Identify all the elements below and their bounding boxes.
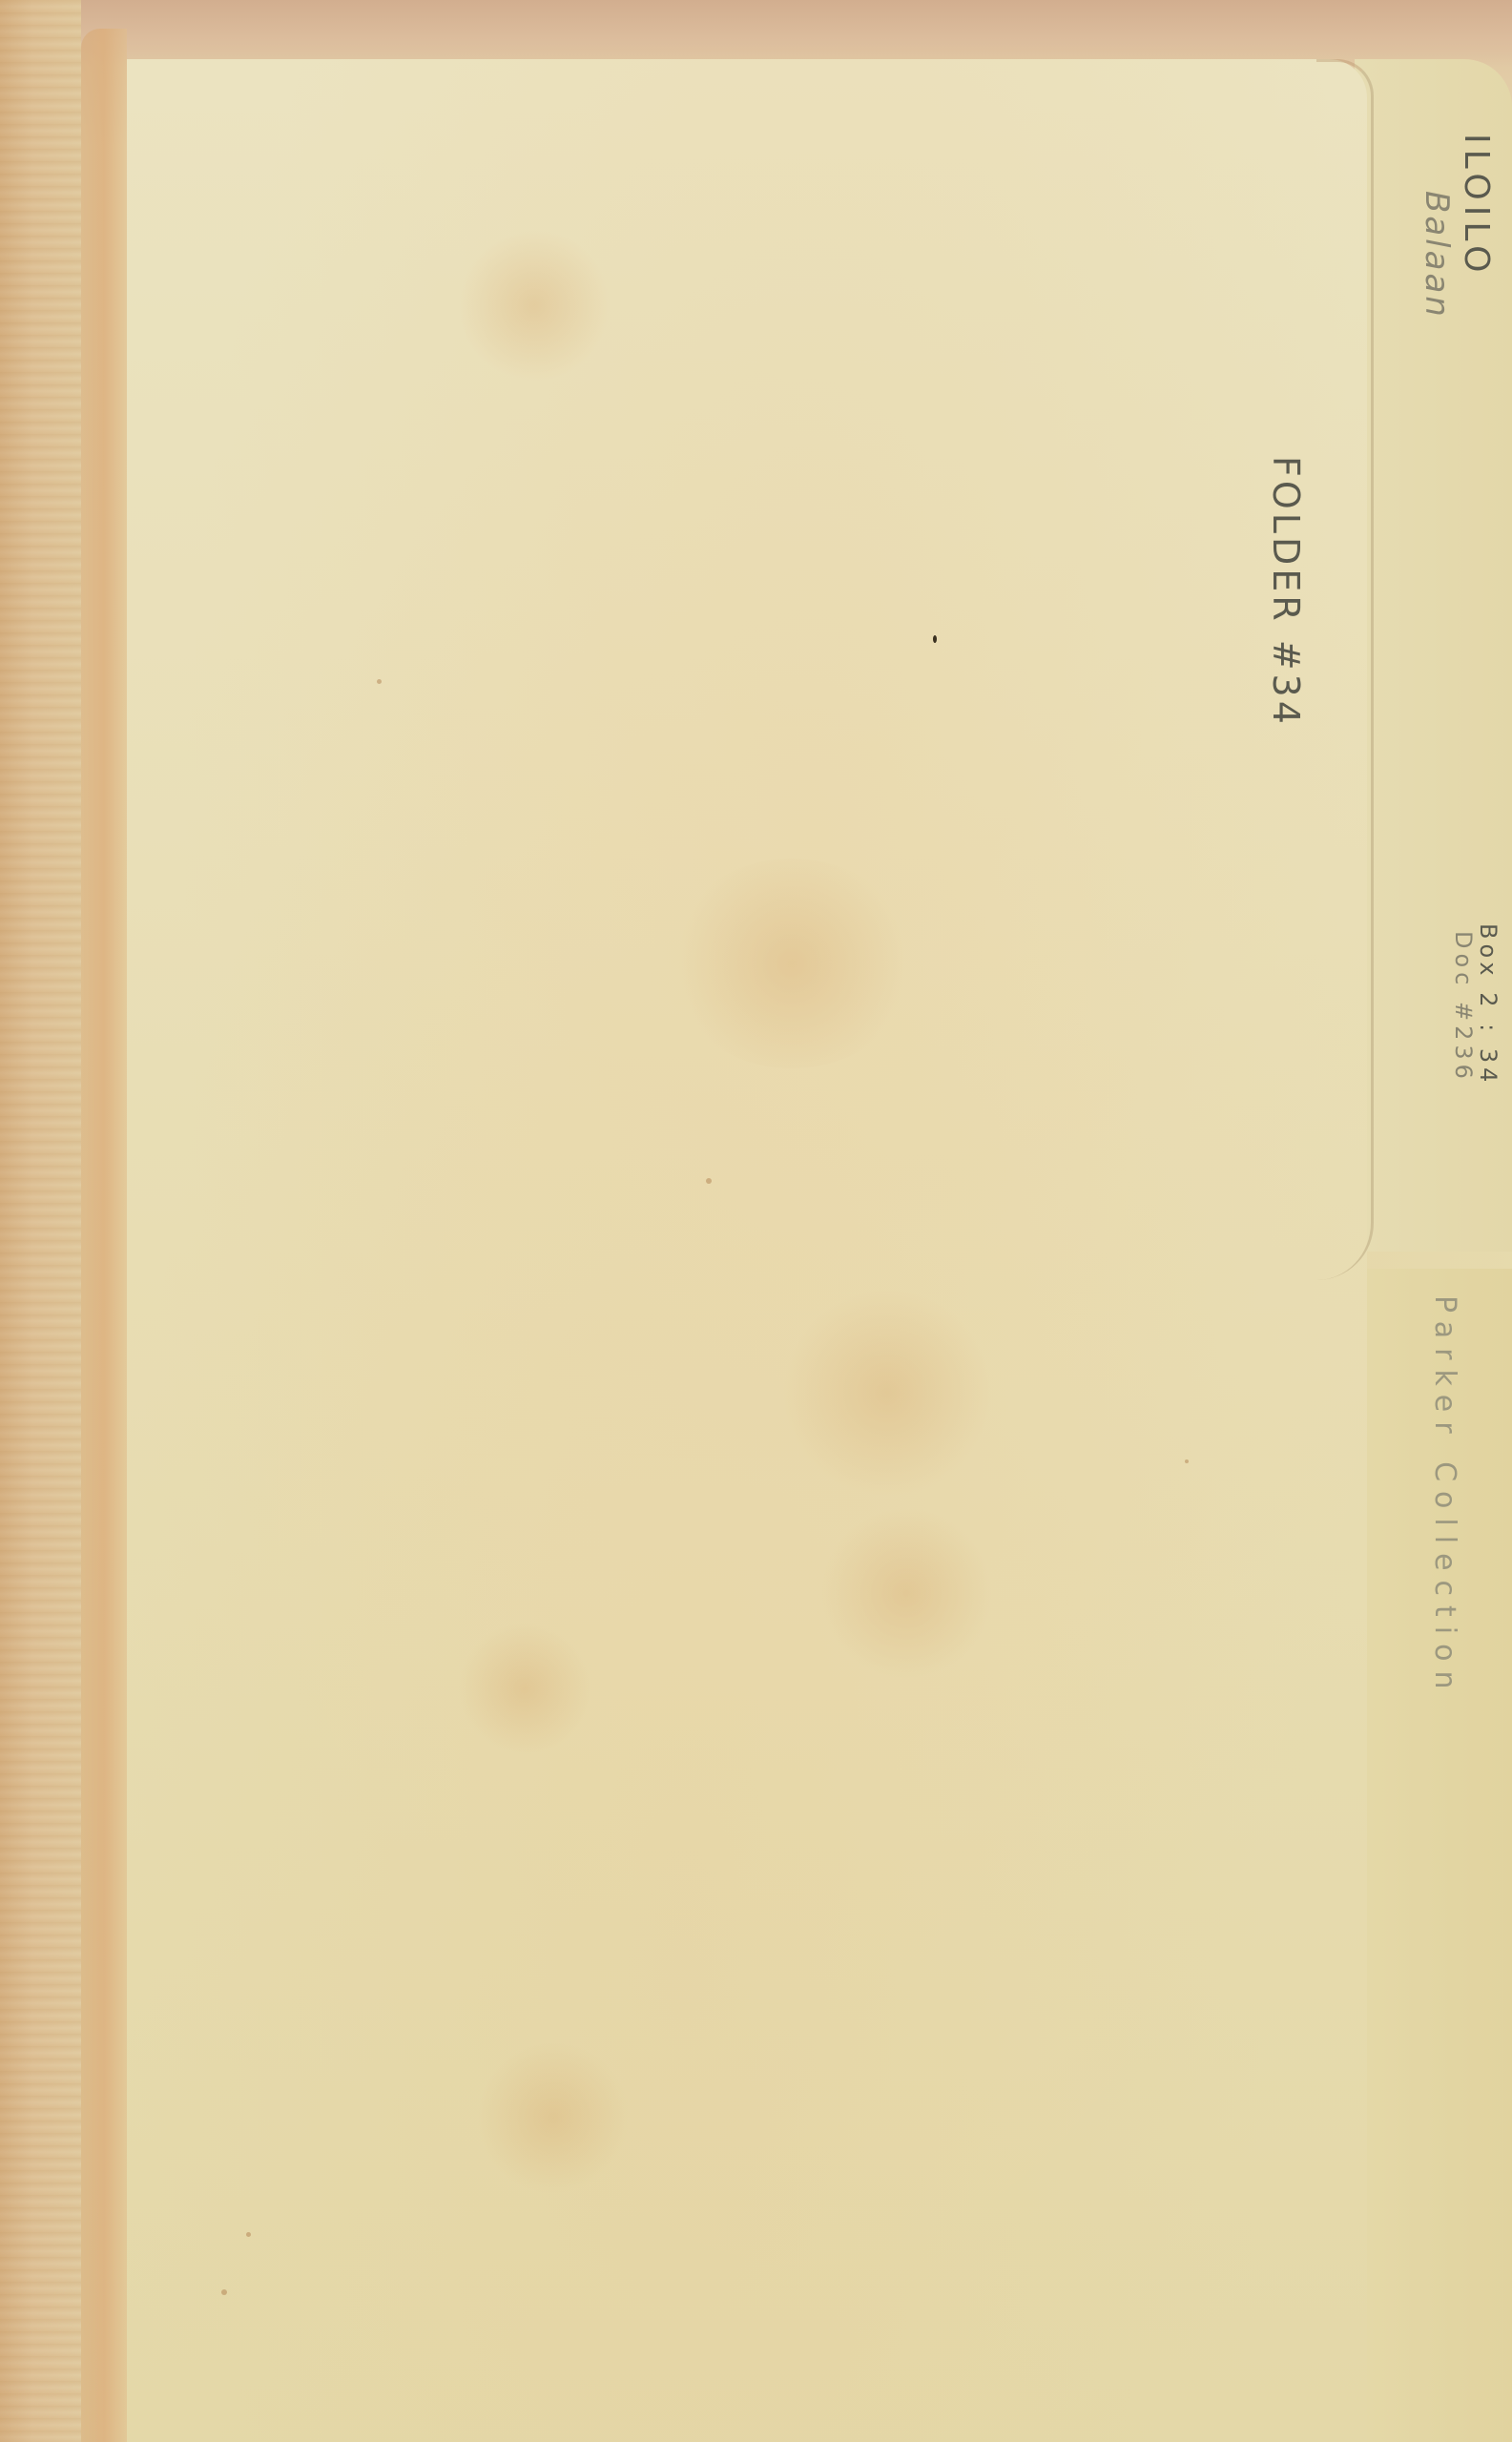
speck bbox=[246, 2232, 251, 2237]
stain bbox=[820, 1507, 992, 1679]
collection-label: Parker Collection bbox=[1428, 1295, 1461, 1698]
sublocation-label: Balaan bbox=[1418, 191, 1456, 320]
fold-crease bbox=[81, 29, 127, 2442]
box-reference: Box 2 : 34 bbox=[1475, 923, 1502, 1086]
speck bbox=[933, 635, 937, 643]
folder-back-edge bbox=[0, 0, 1512, 67]
folder-scan: ILOILO Balaan FOLDER #34 Box 2 : 34 Doc … bbox=[0, 0, 1512, 2442]
speck bbox=[377, 679, 382, 684]
location-label: ILOILO bbox=[1457, 134, 1496, 278]
stain bbox=[458, 1622, 591, 1755]
stain bbox=[668, 859, 916, 1068]
speck bbox=[1185, 1459, 1189, 1463]
stain bbox=[782, 1288, 992, 1498]
speck bbox=[221, 2289, 227, 2295]
stain bbox=[477, 2041, 630, 2194]
stain bbox=[458, 229, 611, 382]
stained-left-edge bbox=[0, 0, 81, 2442]
document-reference: Doc #236 bbox=[1450, 931, 1477, 1084]
folder-front-panel bbox=[127, 59, 1367, 2442]
folder-number-label: FOLDER #34 bbox=[1265, 456, 1307, 728]
folder-tab-outline bbox=[1316, 59, 1374, 1280]
speck bbox=[706, 1178, 712, 1184]
